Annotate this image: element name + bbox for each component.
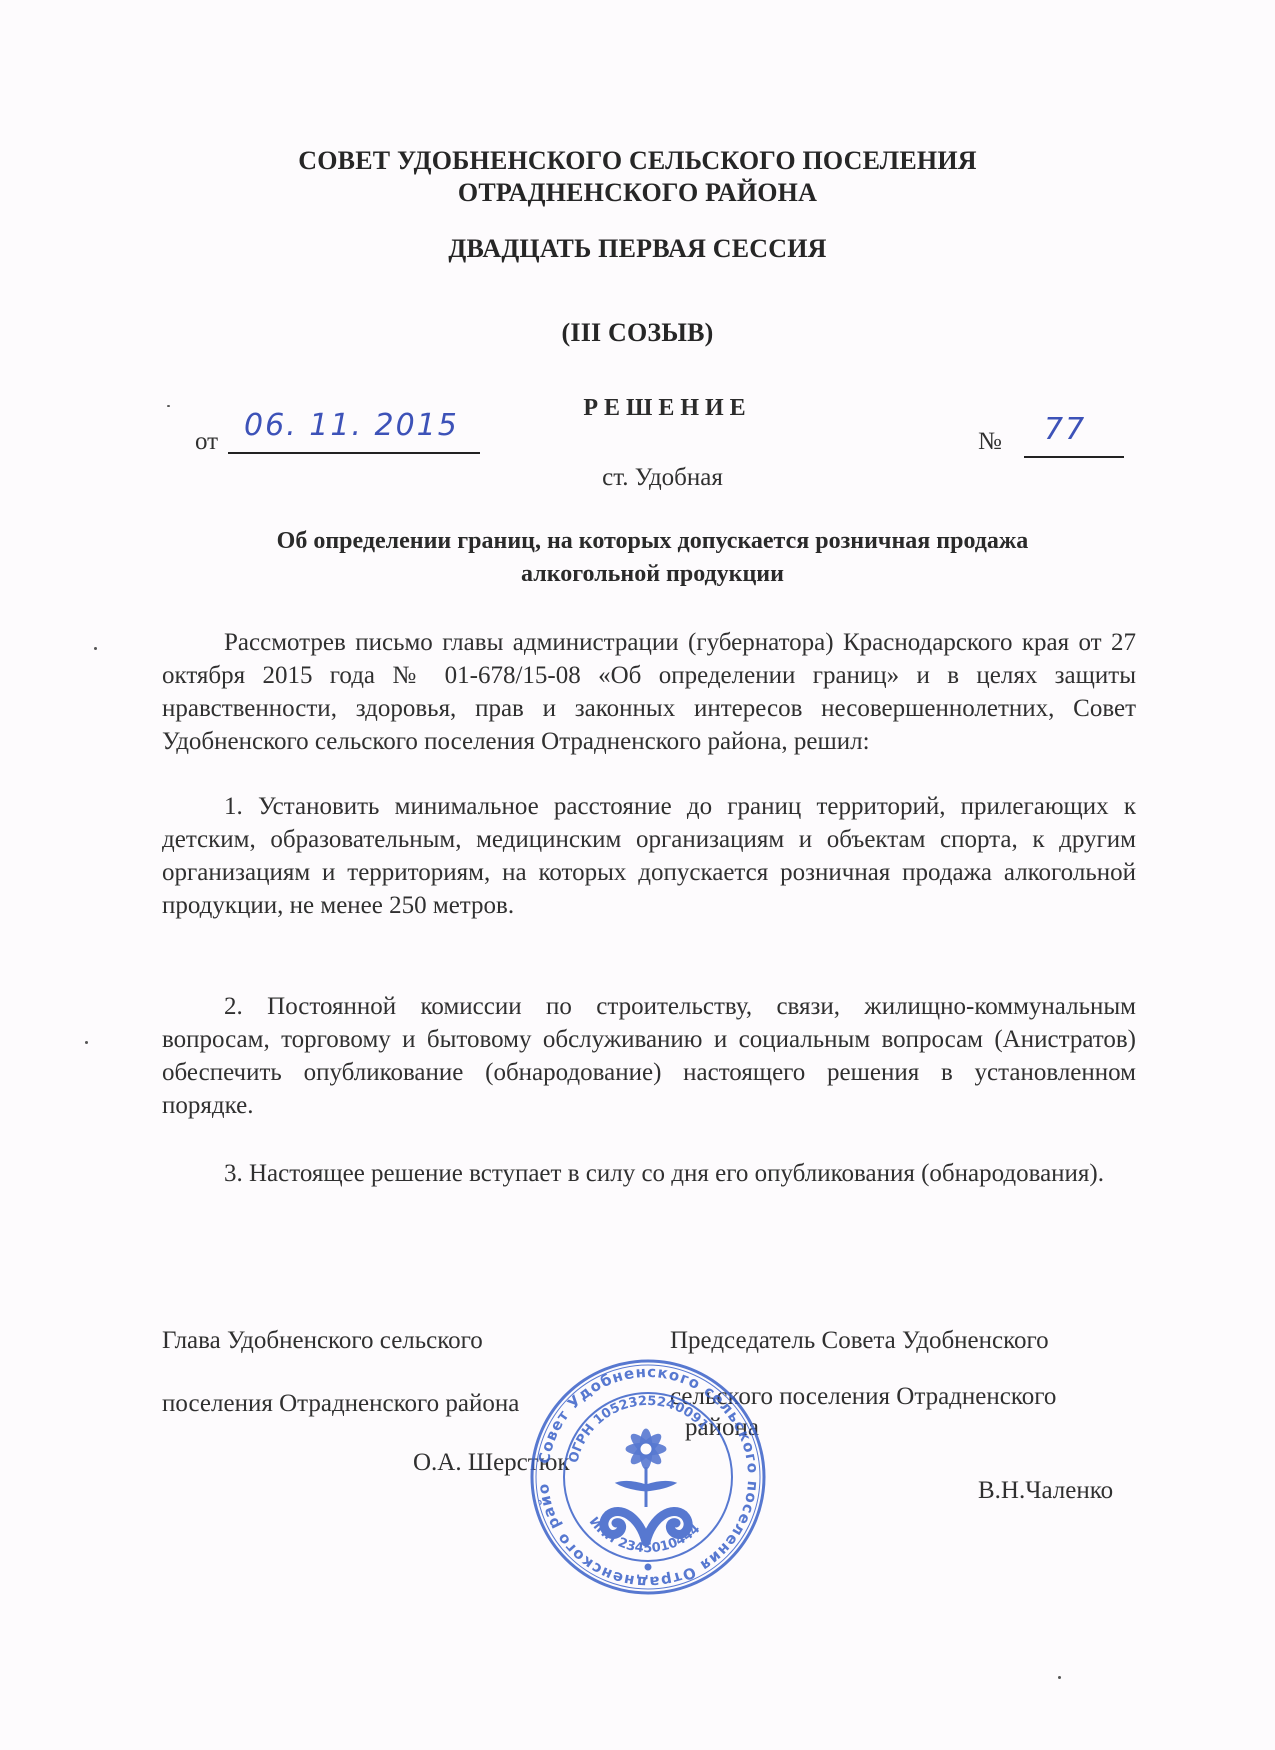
- number-prefix: №: [978, 425, 1002, 458]
- decision-item-3: 3. Настоящее решение вступает в силу со …: [162, 1157, 1136, 1190]
- scan-speck: [1058, 1676, 1061, 1679]
- place: ст. Удобная: [25, 461, 1275, 494]
- decision-item-1: 1. Установить минимальное расстояние до …: [162, 790, 1136, 922]
- document-type-title: РЕШЕНИЕ: [30, 395, 1275, 422]
- signature-right-title-line1: Председатель Совета Удобненского: [670, 1324, 1049, 1357]
- preamble-paragraph: Рассмотрев письмо главы администрации (г…: [162, 626, 1136, 758]
- subject-line2: алкогольной продукции: [15, 558, 1275, 591]
- scan-speck: [94, 647, 97, 650]
- signature-left-title-line2: поселения Отрадненского района: [162, 1387, 519, 1420]
- date-value: 06. 11. 2015: [244, 408, 459, 443]
- date-field: 06. 11. 2015: [228, 406, 480, 454]
- official-seal-icon: Совет Удобненского сельского поселения О…: [528, 1357, 768, 1597]
- number-field: 77: [1024, 420, 1124, 458]
- scan-speck: [85, 1041, 88, 1044]
- organization-name-line1: СОВЕТ УДОБНЕНСКОГО СЕЛЬСКОГО ПОСЕЛЕНИЯ: [0, 146, 1275, 176]
- date-prefix: от: [195, 425, 218, 458]
- scan-speck: [167, 405, 170, 407]
- decision-item-2: 2. Постоянной комиссии по строительству,…: [162, 990, 1136, 1122]
- convocation: (III СОЗЫВ): [0, 318, 1275, 348]
- session-title: ДВАДЦАТЬ ПЕРВАЯ СЕССИЯ: [0, 234, 1275, 264]
- signature-left-title-line1: Глава Удобненского сельского: [162, 1324, 483, 1357]
- number-value: 77: [1044, 412, 1086, 447]
- signature-right-name: В.Н.Чаленко: [978, 1474, 1113, 1507]
- organization-name-line2: ОТРАДНЕНСКОГО РАЙОНА: [0, 178, 1275, 208]
- subject-line1: Об определении границ, на которых допуск…: [15, 525, 1275, 558]
